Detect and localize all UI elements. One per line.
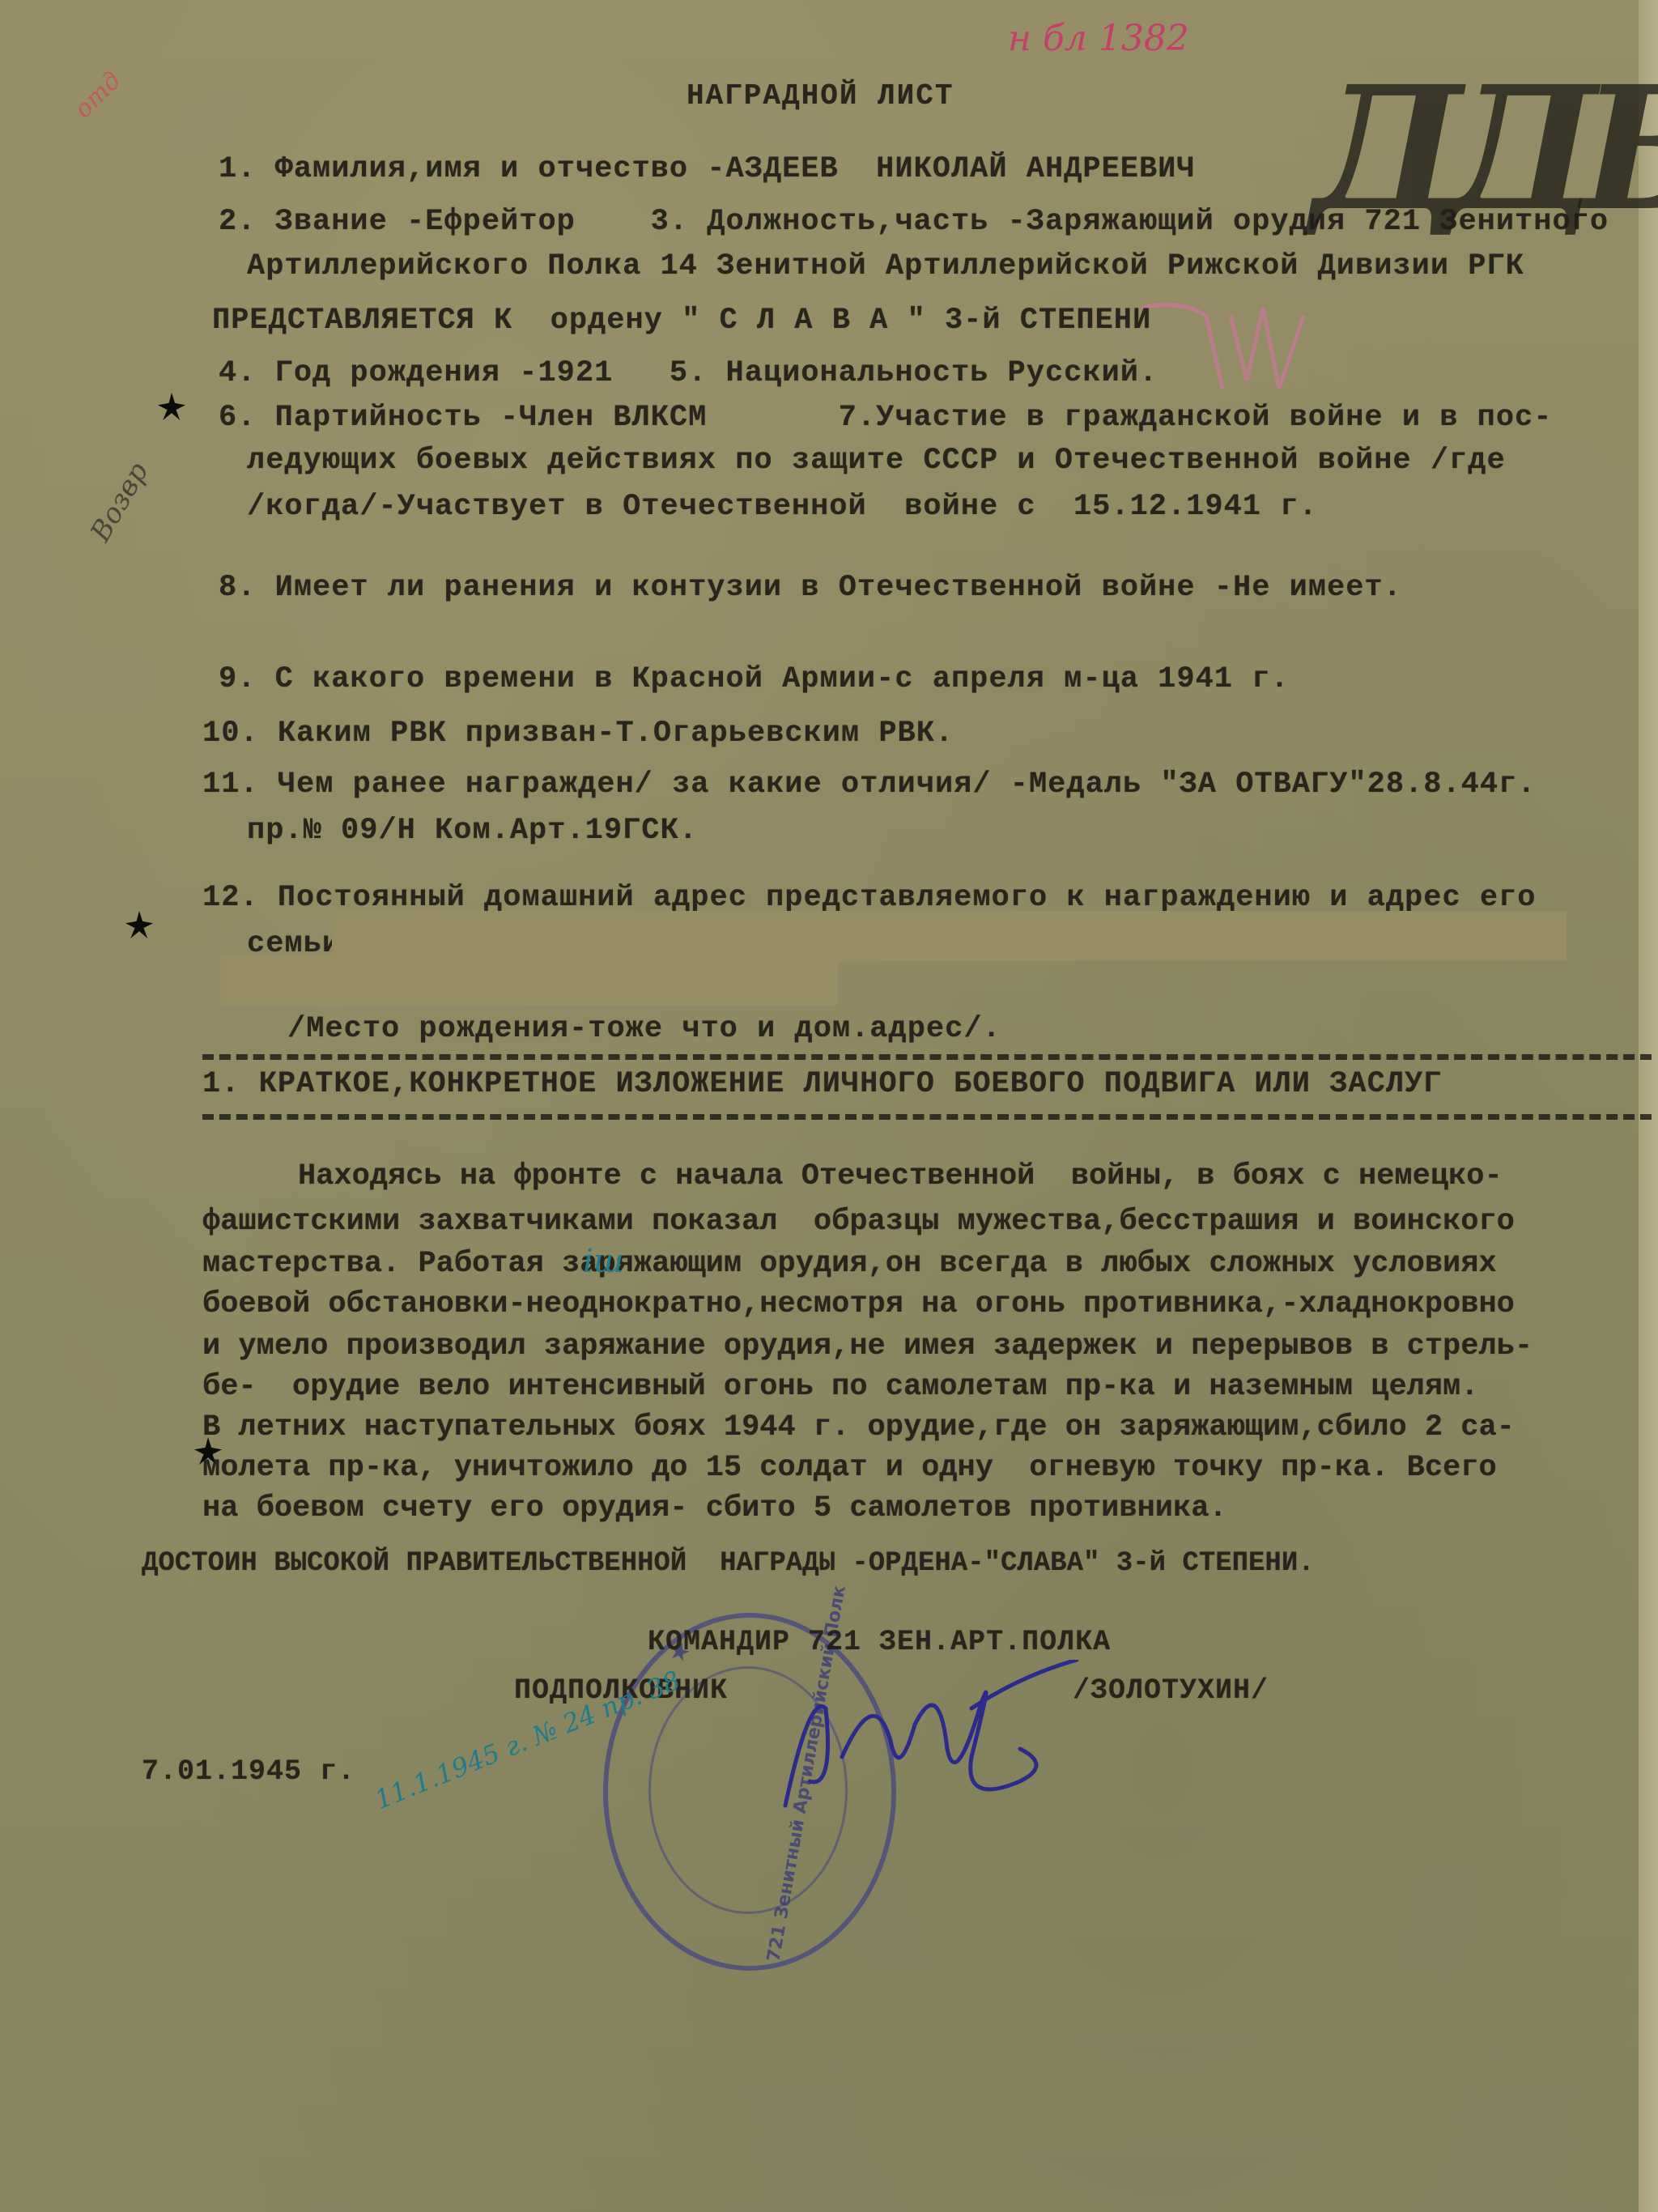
field-11-cont: пр.№ 09/Н Ком.Арт.19ГСК. [247,814,698,848]
commander-title: КОМАНДИР 721 ЗЕН.АРТ.ПОЛКА [648,1626,1111,1658]
field-7-cont-1: ледующих боевых действиях по защите СССР… [247,444,1506,478]
document-title: НАГРАДНОЙ ЛИСТ [687,79,954,113]
field-12-address: 12. Постоянный домашний адрес представля… [202,881,1536,915]
narrative-line: В летних наступательных боях 1944 г. ору… [202,1410,1515,1444]
field-6-7-party-participation: 6. Партийность -Член ВЛКСМ 7.Участие в г… [219,401,1552,435]
signature-date: 7.01.1945 г. [142,1755,355,1788]
redacted-address [332,911,1567,961]
paper-edge [1639,0,1658,2212]
margin-pencil-note: Возвр [84,457,155,547]
pink-pencil-scribble [1133,300,1320,397]
commander-signature [777,1660,1085,1822]
blue-correction-mark: іш [583,1243,624,1280]
field-4-5-birth-nationality: 4. Год рождения -1921 5. Национальность … [219,356,1158,390]
field-9-army-since: 9. С какого времени в Красной Армии-с ап… [219,662,1290,696]
redacted-address [221,955,838,1006]
dashed-divider [202,1114,1652,1120]
field-7-cont-2: /когда/-Участвует в Отечественной войне … [247,490,1318,524]
field-1-name: 1. Фамилия,имя и отчество -АЗДЕЕВ НИКОЛА… [219,152,1196,186]
conclusion-line: ДОСТОИН ВЫСОКОЙ ПРАВИТЕЛЬСТВЕННОЙ НАГРАД… [142,1548,1315,1579]
paper-hole [158,393,185,420]
field-8-wounds: 8. Имеет ли ранения и контузии в Отечест… [219,571,1402,605]
dashed-divider [202,1054,1652,1060]
paper-hole [125,911,153,938]
section-heading: 1. КРАТКОЕ,КОНКРЕТНОЕ ИЗЛОЖЕНИЕ ЛИЧНОГО … [202,1067,1442,1101]
narrative-line: мастерства. Работая заряжающим орудия,он… [202,1247,1497,1281]
margin-red-note: отд [69,66,126,124]
narrative-line: боевой обстановки-неоднократно,несмотря … [202,1287,1515,1321]
narrative-line: фашистскими захватчиками показал образцы… [202,1205,1515,1239]
nomination-line: ПРЕДСТАВЛЯЕТСЯ К ордену " С Л А В А " 3-… [212,304,1151,338]
narrative-line: молета пр-ка, уничтожило до 15 солдат и … [202,1451,1497,1485]
field-3-unit: Артиллерийского Полка 14 Зенитной Артилл… [247,249,1524,283]
field-10-draft-office: 10. Каким РВК призван-Т.Огарьевским РВК. [202,717,954,751]
field-2-3-rank-position: 2. Звание -Ефрейтор 3. Должность,часть -… [219,205,1609,239]
commander-name: /ЗОЛОТУХИН/ [1073,1674,1269,1707]
narrative-line: бе- орудие вело интенсивный огонь по сам… [202,1370,1478,1404]
birthplace-line: /Место рождения-тоже что и дом.адрес/. [287,1012,1001,1046]
archive-number: н бл 1382 [1008,18,1189,59]
narrative-line: на боевом счету его орудия- сбито 5 само… [202,1491,1227,1525]
field-11-previous-awards: 11. Чем ранее награжден/ за какие отличи… [202,768,1536,802]
narrative-line: Находясь на фронте с начала Отечественно… [298,1159,1503,1193]
narrative-line: и умело производил заряжание орудия,не и… [202,1329,1533,1363]
